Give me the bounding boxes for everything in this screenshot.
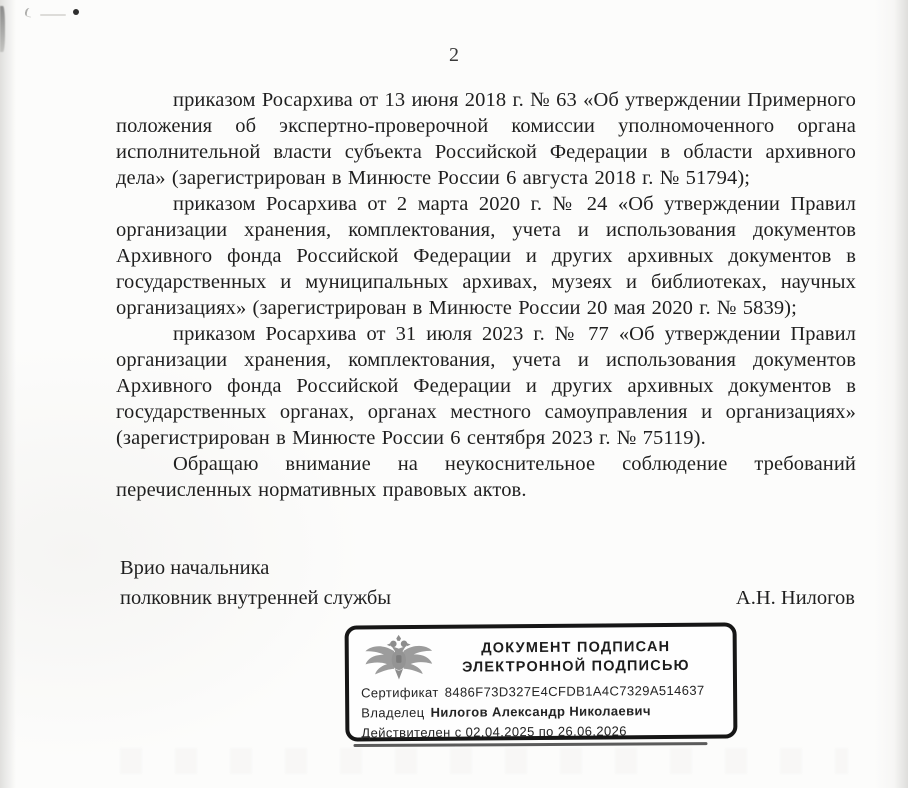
stamp-title-line2: ЭЛЕКТРОННОЙ ПОДПИСЬЮ	[437, 657, 715, 678]
paragraph-rosarkhiv-order-2018-63: приказом Росархива от 13 июня 2018 г. № …	[116, 87, 856, 191]
stamp-title-line1: ДОКУМЕНТ ПОДПИСАН	[437, 638, 715, 659]
signer-position: Врио начальника полковник внутренней слу…	[120, 553, 391, 613]
certificate-value: 8486F73D327E4CFDB1A4C7329A514637	[445, 683, 705, 700]
signer-name: А.Н. Нилогов	[736, 583, 855, 613]
paragraph-rosarkhiv-order-2023-77: приказом Росархива от 31 июля 2023 г. № …	[116, 321, 856, 451]
signer-position-line2: полковник внутренней службы	[120, 583, 391, 613]
stamp-owner-line: ВладелецНилогов Александр Николаевич	[361, 701, 721, 724]
paragraph-rosarkhiv-order-2020-24: приказом Росархива от 2 марта 2020 г. № …	[116, 191, 856, 321]
signer-position-line1: Врио начальника	[120, 553, 391, 583]
stamp-header: ДОКУМЕНТ ПОДПИСАН ЭЛЕКТРОННОЙ ПОДПИСЬЮ	[361, 633, 721, 684]
stamp-title: ДОКУМЕНТ ПОДПИСАН ЭЛЕКТРОННОЙ ПОДПИСЬЮ	[437, 638, 721, 678]
stamp-certificate-line: Сертификат8486F73D327E4CFDB1A4C7329A5146…	[361, 681, 721, 704]
scan-noise	[120, 748, 848, 774]
page-number: 2	[0, 44, 908, 67]
stamp-validity-line: Действителен с 02.04.2025 по 26.06.2026	[361, 721, 721, 744]
scan-artifact-dot	[73, 9, 79, 15]
scan-artifact-dash	[40, 14, 66, 16]
owner-label: Владелец	[361, 705, 424, 720]
document-body: приказом Росархива от 13 июня 2018 г. № …	[116, 87, 856, 503]
electronic-signature-stamp: ДОКУМЕНТ ПОДПИСАН ЭЛЕКТРОННОЙ ПОДПИСЬЮ С…	[345, 622, 738, 741]
signature-block: Врио начальника полковник внутренней слу…	[120, 553, 855, 613]
certificate-label: Сертификат	[361, 685, 439, 701]
scanned-document-page: 2 приказом Росархива от 13 июня 2018 г. …	[0, 0, 908, 788]
mvd-double-headed-eagle-icon	[361, 633, 437, 684]
paragraph-compliance-note: Обращаю внимание на неукоснительное собл…	[116, 451, 856, 503]
owner-value: Нилогов Александр Николаевич	[431, 703, 651, 720]
scan-artifact-mark	[24, 7, 33, 17]
